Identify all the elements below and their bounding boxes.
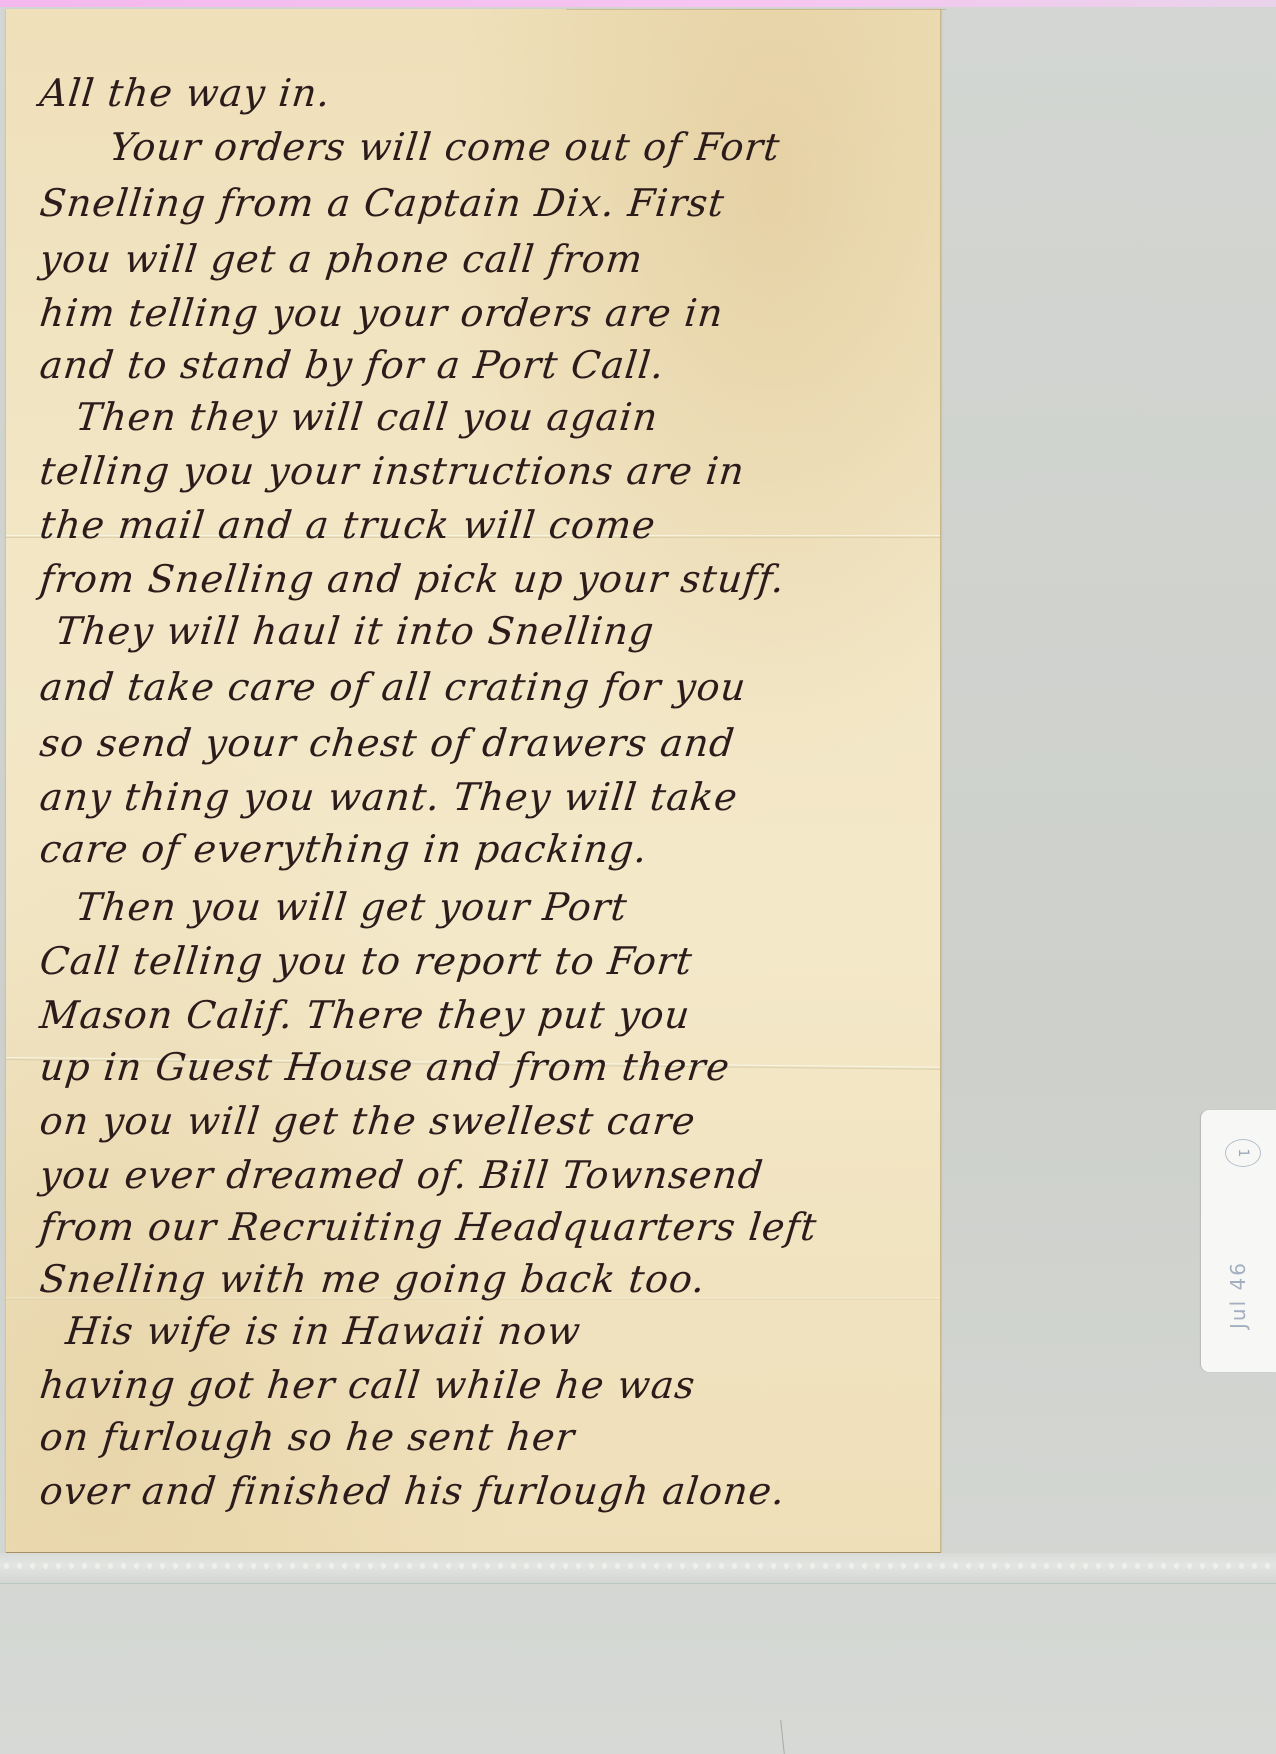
letter-line: They will haul it into Snelling <box>54 609 657 653</box>
letter-line: you ever dreamed of. Bill Townsend <box>38 1153 766 1197</box>
letter-line: Snelling with me going back too. <box>38 1257 708 1301</box>
letter-line: care of everything in packing. <box>38 827 650 871</box>
letter-line: so send your chest of drawers and <box>38 721 737 765</box>
letter-line: any thing you want. They will take <box>38 775 740 819</box>
letter-line: His wife is in Hawaii now <box>64 1309 583 1353</box>
letter-line: Mason Calif. There they put you <box>38 993 693 1037</box>
letter-line: from Snelling and pick up your stuff. <box>38 557 788 601</box>
letter-line: over and finished his furlough alone. <box>38 1469 788 1513</box>
letter-line: you will get a phone call from <box>38 237 646 281</box>
letter-line: Your orders will come out of Fort <box>108 125 783 169</box>
letter-line: on you will get the swellest care <box>38 1099 698 1143</box>
tag-date: Jul 46 <box>1226 1255 1256 1335</box>
letter-line: All the way in. <box>38 71 333 115</box>
letter-line: and to stand by for a Port Call. <box>38 343 667 387</box>
letter-line: on furlough so he sent her <box>38 1415 578 1459</box>
sheet-protector-edge <box>0 1553 1276 1584</box>
letter-line: telling you your instructions are in <box>38 449 747 493</box>
letter-line: and take care of all crating for you <box>38 665 749 709</box>
tag-number: 1 <box>1225 1139 1261 1167</box>
letter-line: Call telling you to report to Fort <box>38 939 695 983</box>
sleeve-perforation <box>0 1561 1276 1571</box>
torn-corner <box>566 9 946 130</box>
letter-line: having got her call while he was <box>38 1363 698 1407</box>
letter-line: Then they will call you again <box>74 395 661 439</box>
letter-line: him telling you your orders are in <box>38 291 726 335</box>
letter-line: from our Recruiting Headquarters left <box>38 1205 820 1249</box>
letter-line: up in Guest House and from there <box>38 1045 733 1089</box>
scanner-top-strip <box>0 0 1276 7</box>
letter-page: All the way in. Your orders will come ou… <box>6 9 941 1553</box>
letter-line: Snelling from a Captain Dix. First <box>38 181 727 225</box>
letter-line: the mail and a truck will come <box>38 503 658 547</box>
letter-line: Then you will get your Port <box>74 885 630 929</box>
archive-tag: 1 Jul 46 <box>1201 1110 1276 1372</box>
